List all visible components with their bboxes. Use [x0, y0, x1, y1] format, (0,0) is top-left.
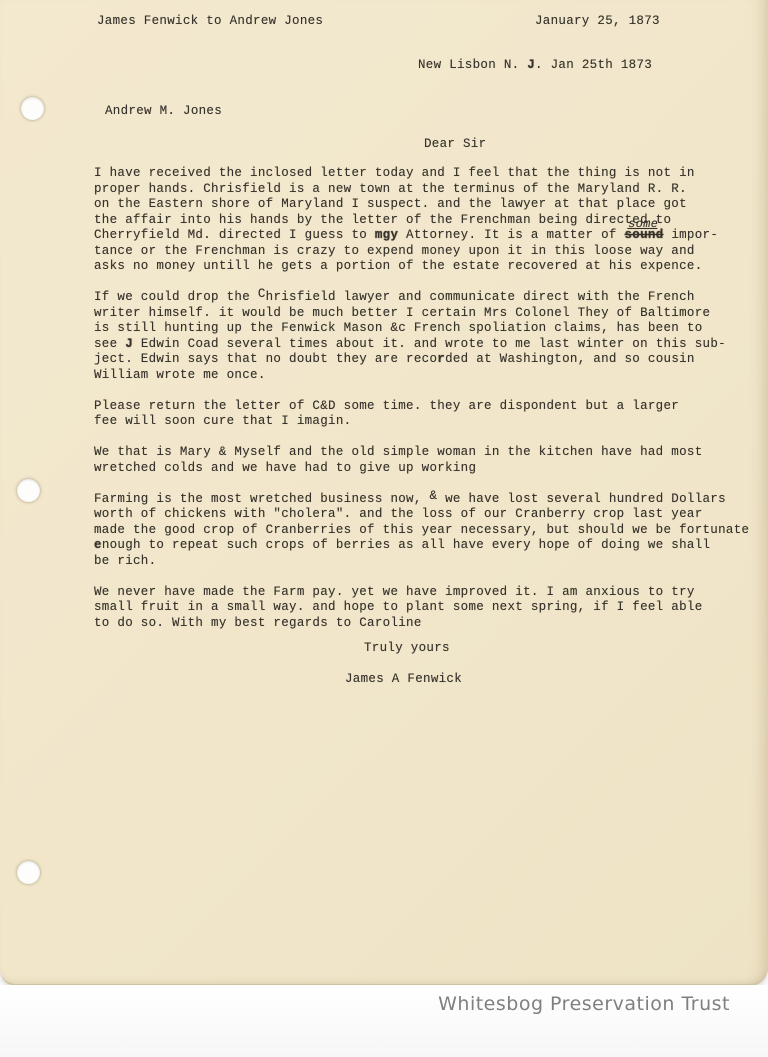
text-segment: William wrote me once. [94, 368, 266, 382]
text-segment: J [527, 58, 535, 72]
text-line: made the good crop of Cranberries of thi… [94, 523, 744, 539]
text-line: Cherryfield Md. directed I guess to mgy … [94, 228, 744, 244]
text-line: Please return the letter of C&D some tim… [94, 399, 744, 415]
text-line: proper hands. Chrisfield is a new town a… [94, 182, 744, 198]
text-line: to do so. With my best regards to Caroli… [94, 616, 744, 632]
text-segment: nough to repeat such crops of berries as… [102, 538, 711, 552]
text-segment: If we could drop the [94, 290, 258, 304]
salutation: Dear Sir [424, 137, 486, 151]
text-line: ject. Edwin says that no doubt they are … [94, 352, 744, 368]
inline-correction: soundsome [625, 228, 664, 244]
text-segment: J [125, 337, 133, 351]
text-line: William wrote me once. [94, 368, 744, 384]
recipient-name: Andrew M. Jones [105, 104, 222, 118]
text-line: We that is Mary & Myself and the old sim… [94, 445, 744, 461]
letter-paper: James Fenwick to Andrew Jones January 25… [0, 0, 768, 986]
punch-hole-top [21, 97, 44, 120]
text-line: We never have made the Farm pay. yet we … [94, 585, 744, 601]
signature: James A Fenwick [345, 672, 462, 686]
text-segment: We never have made the Farm pay. yet we … [94, 585, 695, 599]
paragraph: Please return the letter of C&D some tim… [94, 399, 744, 430]
text-segment: wretched colds and we have had to give u… [94, 461, 476, 475]
text-line: asks no money untill he gets a portion o… [94, 259, 744, 275]
dateline: New Lisbon N. J. Jan 25th 1873 [418, 58, 652, 72]
text-segment: see [94, 337, 125, 351]
text-line: If we could drop the Chrisfield lawyer a… [94, 290, 744, 306]
text-segment: Please return the letter of C&D some tim… [94, 399, 679, 413]
text-segment: e [94, 538, 102, 552]
text-segment: fee will soon cure that I imagin. [94, 414, 351, 428]
inserted-word: some [626, 217, 659, 233]
punch-hole-bottom [17, 861, 40, 884]
text-segment: We that is Mary & Myself and the old sim… [94, 445, 703, 459]
text-line: fee will soon cure that I imagin. [94, 414, 744, 430]
text-segment: Cherryfield Md. directed I guess to [94, 228, 375, 242]
text-segment: be rich. [94, 554, 156, 568]
text-line: on the Eastern shore of Maryland I suspe… [94, 197, 744, 213]
closing: Truly yours [364, 641, 450, 655]
text-segment: & [429, 489, 437, 503]
paragraph: Farming is the most wretched business no… [94, 492, 744, 570]
text-line: enough to repeat such crops of berries a… [94, 538, 744, 554]
text-segment: Attorney. It is a matter of [398, 228, 624, 242]
text-segment: on the Eastern shore of Maryland I suspe… [94, 197, 687, 211]
header-sender-recipient: James Fenwick to Andrew Jones [97, 14, 323, 28]
scanned-letter-screenshot: { "letter": { "header_left": "James Fenw… [0, 0, 768, 1057]
text-segment: ded at Washington, and so cousin [445, 352, 695, 366]
text-line: small fruit in a small way. and hope to … [94, 600, 744, 616]
text-segment: Edwin Coad several times about it. and w… [133, 337, 726, 351]
paragraph: We that is Mary & Myself and the old sim… [94, 445, 744, 476]
text-line: see J Edwin Coad several times about it.… [94, 337, 744, 353]
text-line: tance or the Frenchman is crazy to expen… [94, 244, 744, 260]
paragraph: If we could drop the Chrisfield lawyer a… [94, 290, 744, 383]
text-segment: worth of chickens with "cholera". and th… [94, 507, 703, 521]
text-line: is still hunting up the Fenwick Mason &c… [94, 321, 744, 337]
text-line: Farming is the most wretched business no… [94, 492, 744, 508]
text-segment: is still hunting up the Fenwick Mason &c… [94, 321, 703, 335]
text-line: worth of chickens with "cholera". and th… [94, 507, 744, 523]
paragraph: We never have made the Farm pay. yet we … [94, 585, 744, 632]
paragraph: I have received the inclosed letter toda… [94, 166, 744, 275]
text-segment: mgy [375, 228, 398, 242]
text-line: wretched colds and we have had to give u… [94, 461, 744, 477]
text-segment: r [437, 352, 445, 366]
header-date: January 25, 1873 [535, 14, 660, 28]
text-segment: writer himself. it would be much better … [94, 306, 710, 320]
text-segment: we have lost several hundred Dollars [437, 492, 726, 506]
punch-hole-middle [17, 479, 40, 502]
text-segment: I have received the inclosed letter toda… [94, 166, 695, 180]
text-segment: to do so. With my best regards to Caroli… [94, 616, 422, 630]
watermark-text: Whitesbog Preservation Trust [438, 993, 730, 1015]
text-segment: impor- [664, 228, 719, 242]
text-line: be rich. [94, 554, 744, 570]
text-segment: made the good crop of Cranberries of thi… [94, 523, 749, 537]
text-segment: the affair into his hands by the letter … [94, 213, 671, 227]
text-segment: C [258, 287, 266, 301]
letter-body: I have received the inclosed letter toda… [94, 166, 744, 647]
text-line: I have received the inclosed letter toda… [94, 166, 744, 182]
text-line: writer himself. it would be much better … [94, 306, 744, 322]
text-segment: . Jan 25th 1873 [535, 58, 652, 72]
text-segment: Farming is the most wretched business no… [94, 492, 429, 506]
text-segment: asks no money untill he gets a portion o… [94, 259, 703, 273]
text-segment: proper hands. Chrisfield is a new town a… [94, 182, 687, 196]
text-segment: hrisfield lawyer and communicate direct … [266, 290, 695, 304]
text-segment: tance or the Frenchman is crazy to expen… [94, 244, 695, 258]
text-segment: small fruit in a small way. and hope to … [94, 600, 703, 614]
footer-band: Whitesbog Preservation Trust [0, 985, 768, 1057]
text-segment: ject. Edwin says that no doubt they are … [94, 352, 437, 366]
text-segment: New Lisbon N. [418, 58, 527, 72]
